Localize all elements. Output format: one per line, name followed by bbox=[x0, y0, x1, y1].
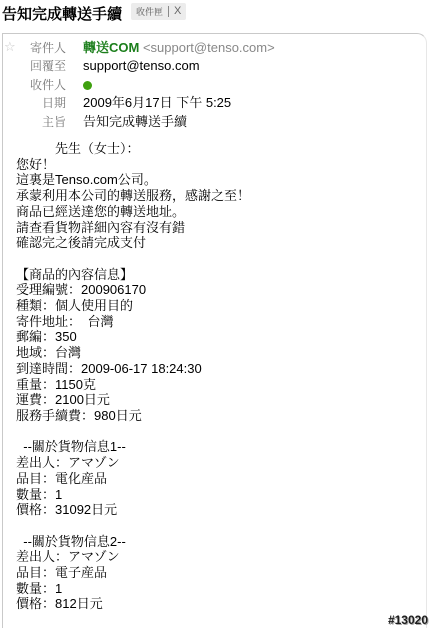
presence-dot-icon bbox=[83, 81, 92, 90]
reply-to-value: support@tenso.com bbox=[83, 57, 200, 75]
to-label: 收件人 bbox=[3, 76, 66, 94]
to-row: 收件人 bbox=[3, 76, 426, 94]
subject-value: 告知完成轉送手續 bbox=[83, 113, 187, 131]
subject-row: 主旨 告知完成轉送手續 bbox=[3, 113, 426, 131]
reply-to-row: 回覆至 support@tenso.com bbox=[3, 57, 426, 75]
from-row: 寄件人 轉送COM <support@tenso.com> bbox=[3, 39, 426, 57]
reply-to-label: 回覆至 bbox=[3, 57, 66, 75]
date-row: 日期 2009年6月17日 下午 5:25 bbox=[3, 94, 426, 112]
subject-label: 主旨 bbox=[3, 113, 66, 131]
remove-label-icon[interactable]: X bbox=[174, 6, 181, 17]
sender-email: <support@tenso.com> bbox=[143, 40, 275, 55]
to-value bbox=[83, 76, 92, 94]
email-header: ☆ 寄件人 轉送COM <support@tenso.com> 回覆至 supp… bbox=[3, 34, 426, 131]
sender-name[interactable]: 轉送COM bbox=[83, 40, 139, 55]
message-title-row: 告知完成轉送手續 收件匣 X bbox=[0, 0, 431, 24]
date-label: 日期 bbox=[3, 94, 66, 112]
watermark: #13020 bbox=[388, 613, 428, 627]
chip-divider bbox=[168, 6, 169, 17]
star-icon[interactable]: ☆ bbox=[4, 40, 16, 53]
email-card: ☆ 寄件人 轉送COM <support@tenso.com> 回覆至 supp… bbox=[2, 33, 427, 628]
date-value: 2009年6月17日 下午 5:25 bbox=[83, 94, 231, 112]
from-value: 轉送COM <support@tenso.com> bbox=[83, 39, 275, 57]
inbox-label-chip[interactable]: 收件匣 X bbox=[131, 3, 186, 20]
inbox-label-text: 收件匣 bbox=[136, 5, 163, 18]
page-title: 告知完成轉送手續 bbox=[2, 3, 122, 24]
email-body-text: 先生（女士）： 您好！ 這裏是Tenso.com公司。 承蒙利用本公司的轉送服務… bbox=[3, 141, 426, 612]
